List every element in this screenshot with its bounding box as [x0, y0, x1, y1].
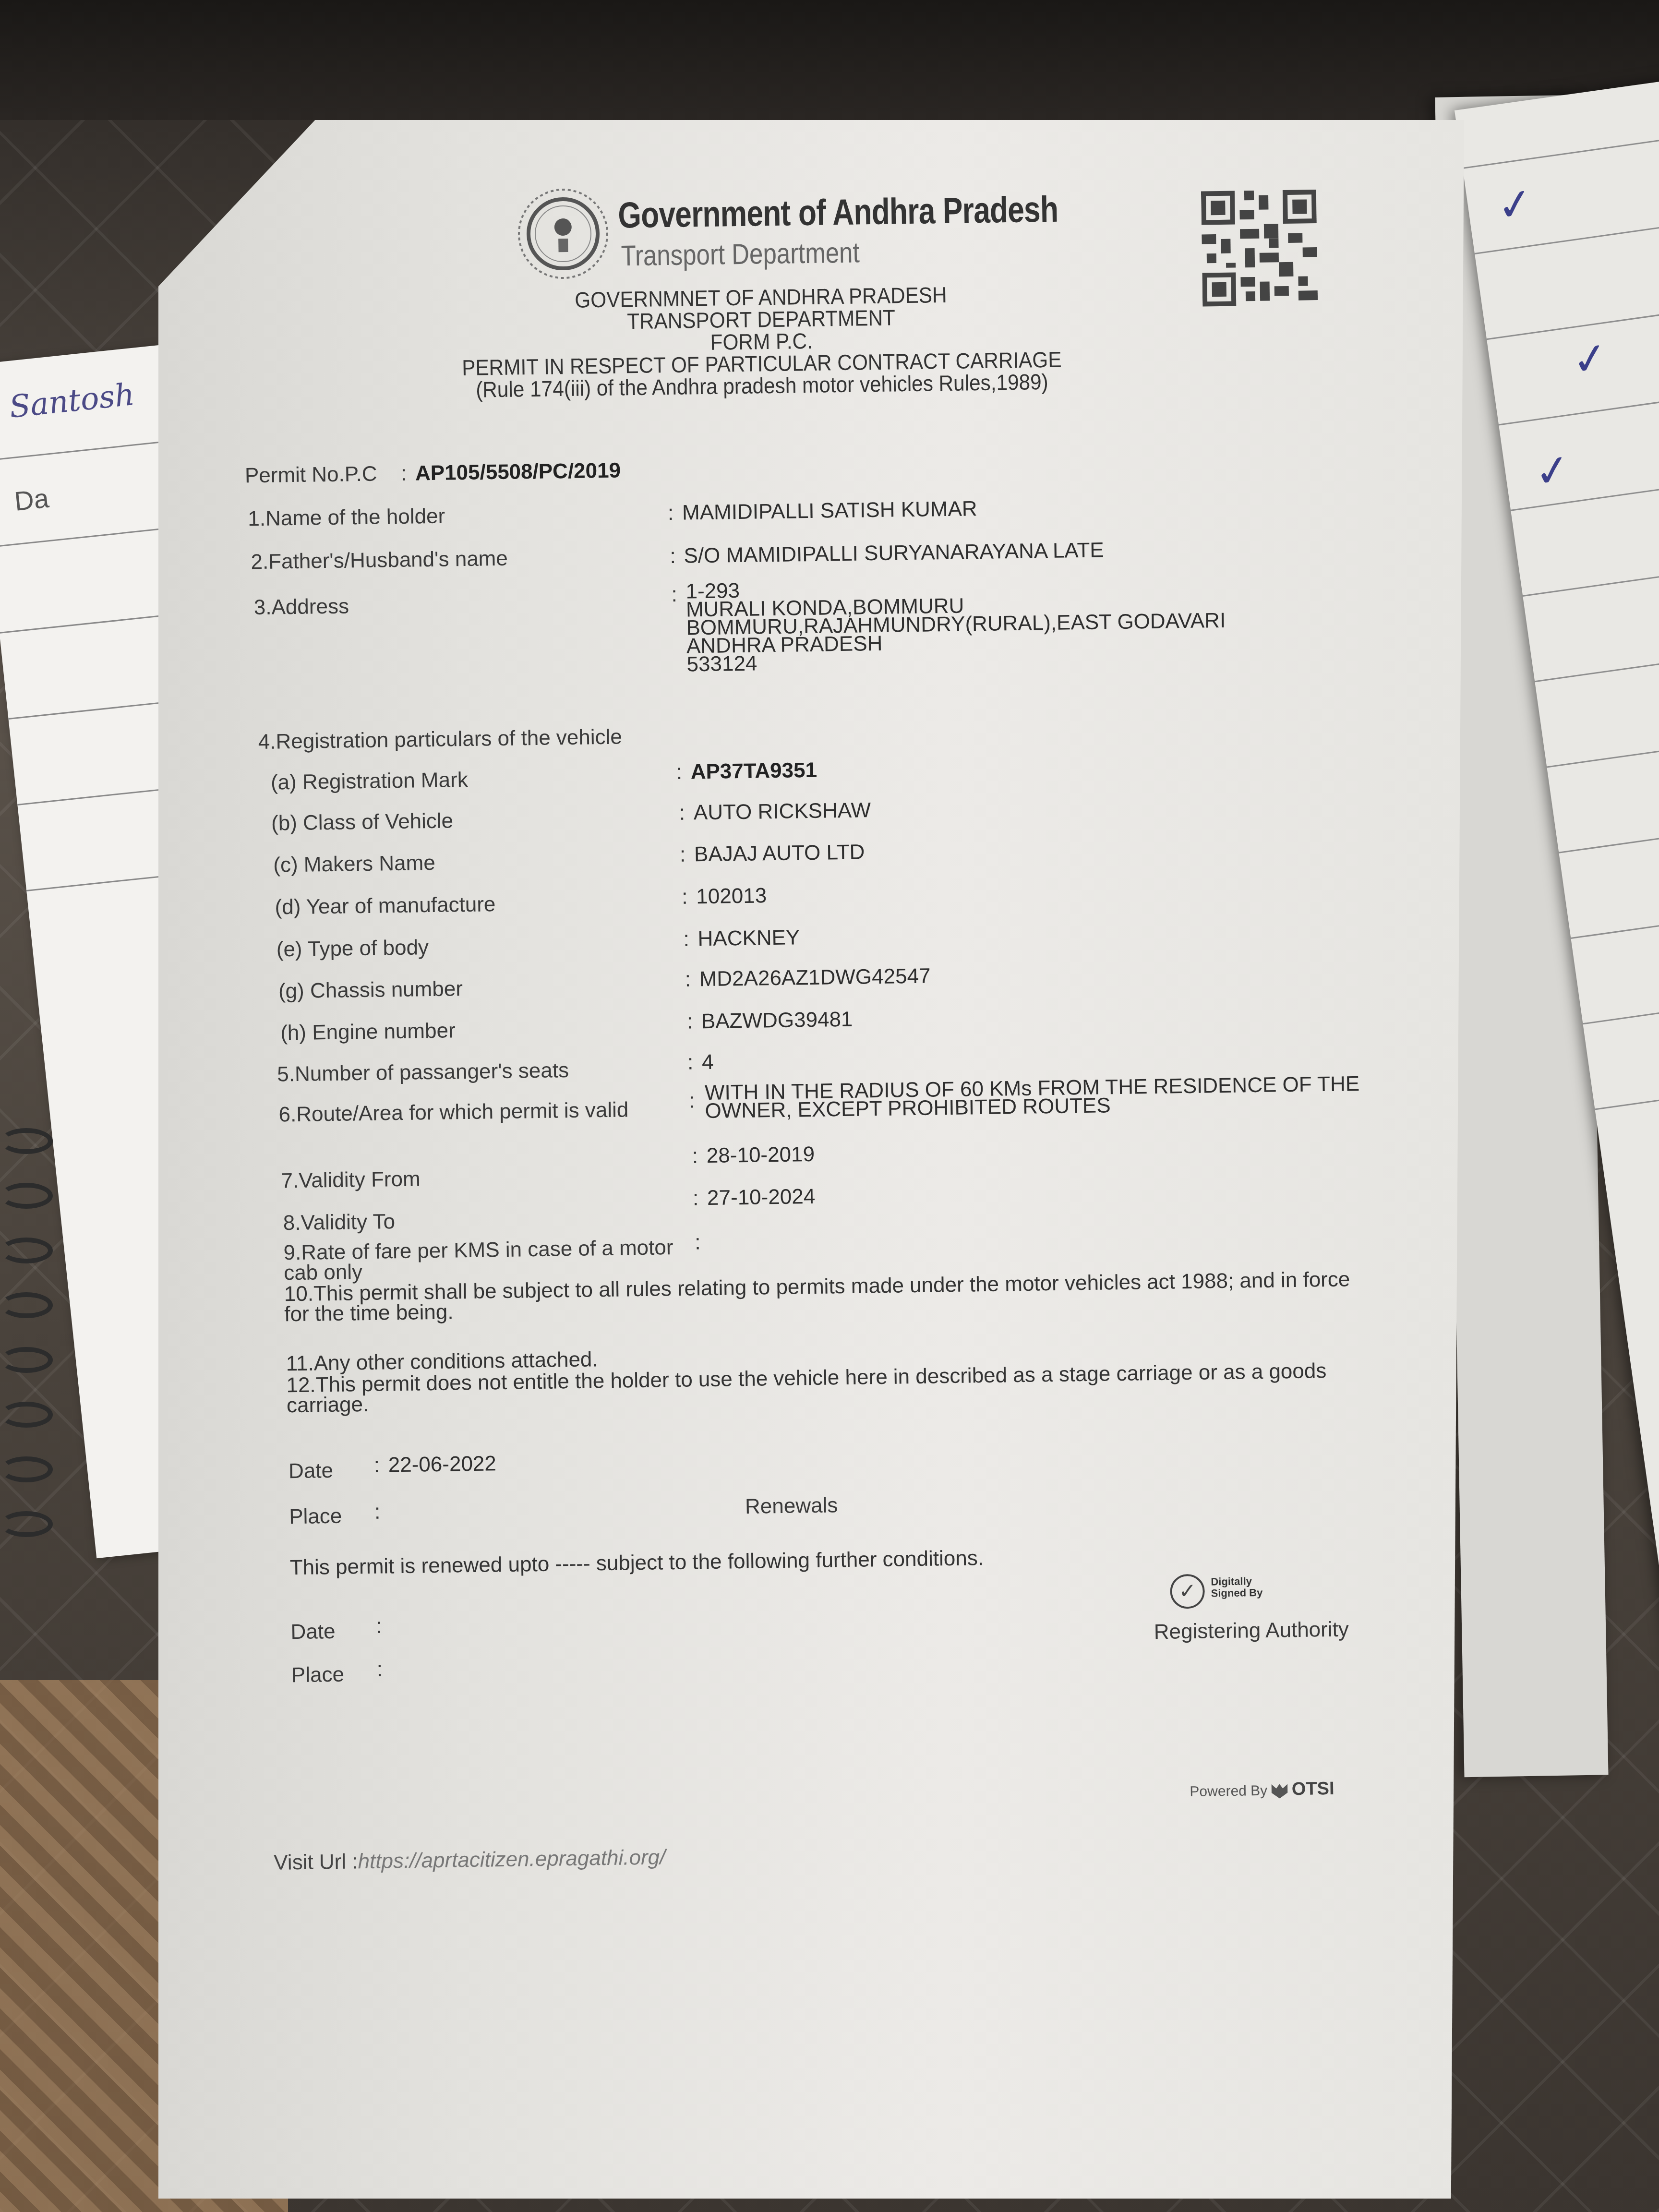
engine-number-value: BAZWDG39481	[701, 1008, 853, 1034]
renewal-place-label: Place	[291, 1663, 345, 1688]
check-circle-icon: ✓	[1170, 1574, 1205, 1609]
holder-name-label: 1.Name of the holder	[248, 505, 445, 531]
notebook-rule-line	[0, 440, 172, 462]
address-label: 3.Address	[253, 594, 349, 620]
renewal-text: This permit is renewed upto ----- subjec…	[289, 1542, 1394, 1578]
gov-title: Government of Andhra Pradesh	[618, 189, 1058, 237]
permit-number-label: Permit No.P.C	[245, 462, 377, 488]
handwritten-check-icon: ✓	[1531, 444, 1574, 498]
validity-from-value: 28-10-2019	[707, 1142, 815, 1168]
registering-authority: Registering Authority	[1154, 1617, 1349, 1644]
registration-mark-label: (a) Registration Mark	[271, 768, 468, 795]
powered-by: Powered By OTSI	[1190, 1779, 1334, 1801]
background-dark-edge	[0, 0, 1659, 120]
permit-document: Government of Andhra Pradesh Transport D…	[158, 120, 1464, 2199]
dept-title: Transport Department	[621, 236, 860, 272]
form-heading: GOVERNMNET OF ANDHRA PRADESH TRANSPORT D…	[386, 281, 1137, 402]
seats-value: 4	[702, 1050, 714, 1074]
qr-code-icon	[1201, 185, 1318, 311]
notebook-rule-line	[0, 526, 181, 548]
permit-number-value: AP105/5508/PC/2019	[415, 458, 621, 485]
handwritten-check-icon: ✓	[1569, 332, 1611, 386]
registration-mark-value: AP37TA9351	[690, 758, 817, 784]
renewals-heading: Renewals	[745, 1493, 838, 1519]
renewal-date-label: Date	[290, 1620, 336, 1644]
route-value: WITH IN THE RADIUS OF 60 KMs FROM THE RE…	[705, 1075, 1360, 1120]
address-value: 1-293 MURALI KONDA,BOMMURU BOMMURU,RAJAH…	[685, 575, 1226, 674]
notebook-printed-text: Da	[13, 482, 50, 517]
maker-name-value: BAJAJ AUTO LTD	[694, 840, 865, 866]
state-emblem-icon	[515, 185, 612, 283]
chassis-number-label: (g) Chassis number	[278, 977, 463, 1003]
visit-url-link[interactable]: https://aprtacitizen.epragathi.org/	[358, 1845, 665, 1873]
father-name-label: 2.Father's/Husband's name	[251, 547, 508, 574]
validity-from-label: 7.Validity From	[281, 1167, 421, 1193]
otsi-logo-icon	[1271, 1784, 1287, 1798]
body-type-value: HACKNEY	[697, 926, 800, 951]
vehicle-class-label: (b) Class of Vehicle	[271, 809, 454, 835]
validity-to-value: 27-10-2024	[707, 1185, 816, 1210]
issue-date-label: Date	[289, 1459, 334, 1483]
manufacture-year-value: 102013	[696, 884, 767, 909]
route-label: 6.Route/Area for which permit is valid	[278, 1098, 628, 1127]
visit-url: Visit Url :https://aprtacitizen.epragath…	[274, 1845, 666, 1875]
notebook-spiral-binding	[0, 1128, 58, 1608]
notebook-handwriting: Santosh	[8, 377, 136, 425]
issue-place-label: Place	[289, 1504, 342, 1529]
validity-to-label: 8.Validity To	[283, 1210, 395, 1235]
digitally-signed-label: Digitally Signed By	[1211, 1575, 1262, 1599]
issue-date-value: 22-06-2022	[388, 1452, 496, 1477]
maker-name-label: (c) Makers Name	[273, 851, 435, 878]
seats-label: 5.Number of passanger's seats	[277, 1058, 569, 1086]
vehicle-heading: 4.Registration particulars of the vehicl…	[258, 725, 622, 754]
vehicle-class-value: AUTO RICKSHAW	[694, 798, 871, 825]
handwritten-check-icon: ✓	[1494, 178, 1537, 232]
manufacture-year-label: (d) Year of manufacture	[275, 892, 495, 919]
father-name-value: S/O MAMIDIPALLI SURYANARAYANA LATE	[684, 538, 1104, 568]
engine-number-label: (h) Engine number	[280, 1019, 456, 1045]
chassis-number-value: MD2A26AZ1DWG42547	[699, 964, 930, 991]
holder-name-value: MAMIDIPALLI SATISH KUMAR	[682, 497, 977, 525]
body-type-label: (e) Type of body	[276, 936, 429, 962]
condition-10: 10.This permit shall be subject to all r…	[284, 1269, 1389, 1324]
